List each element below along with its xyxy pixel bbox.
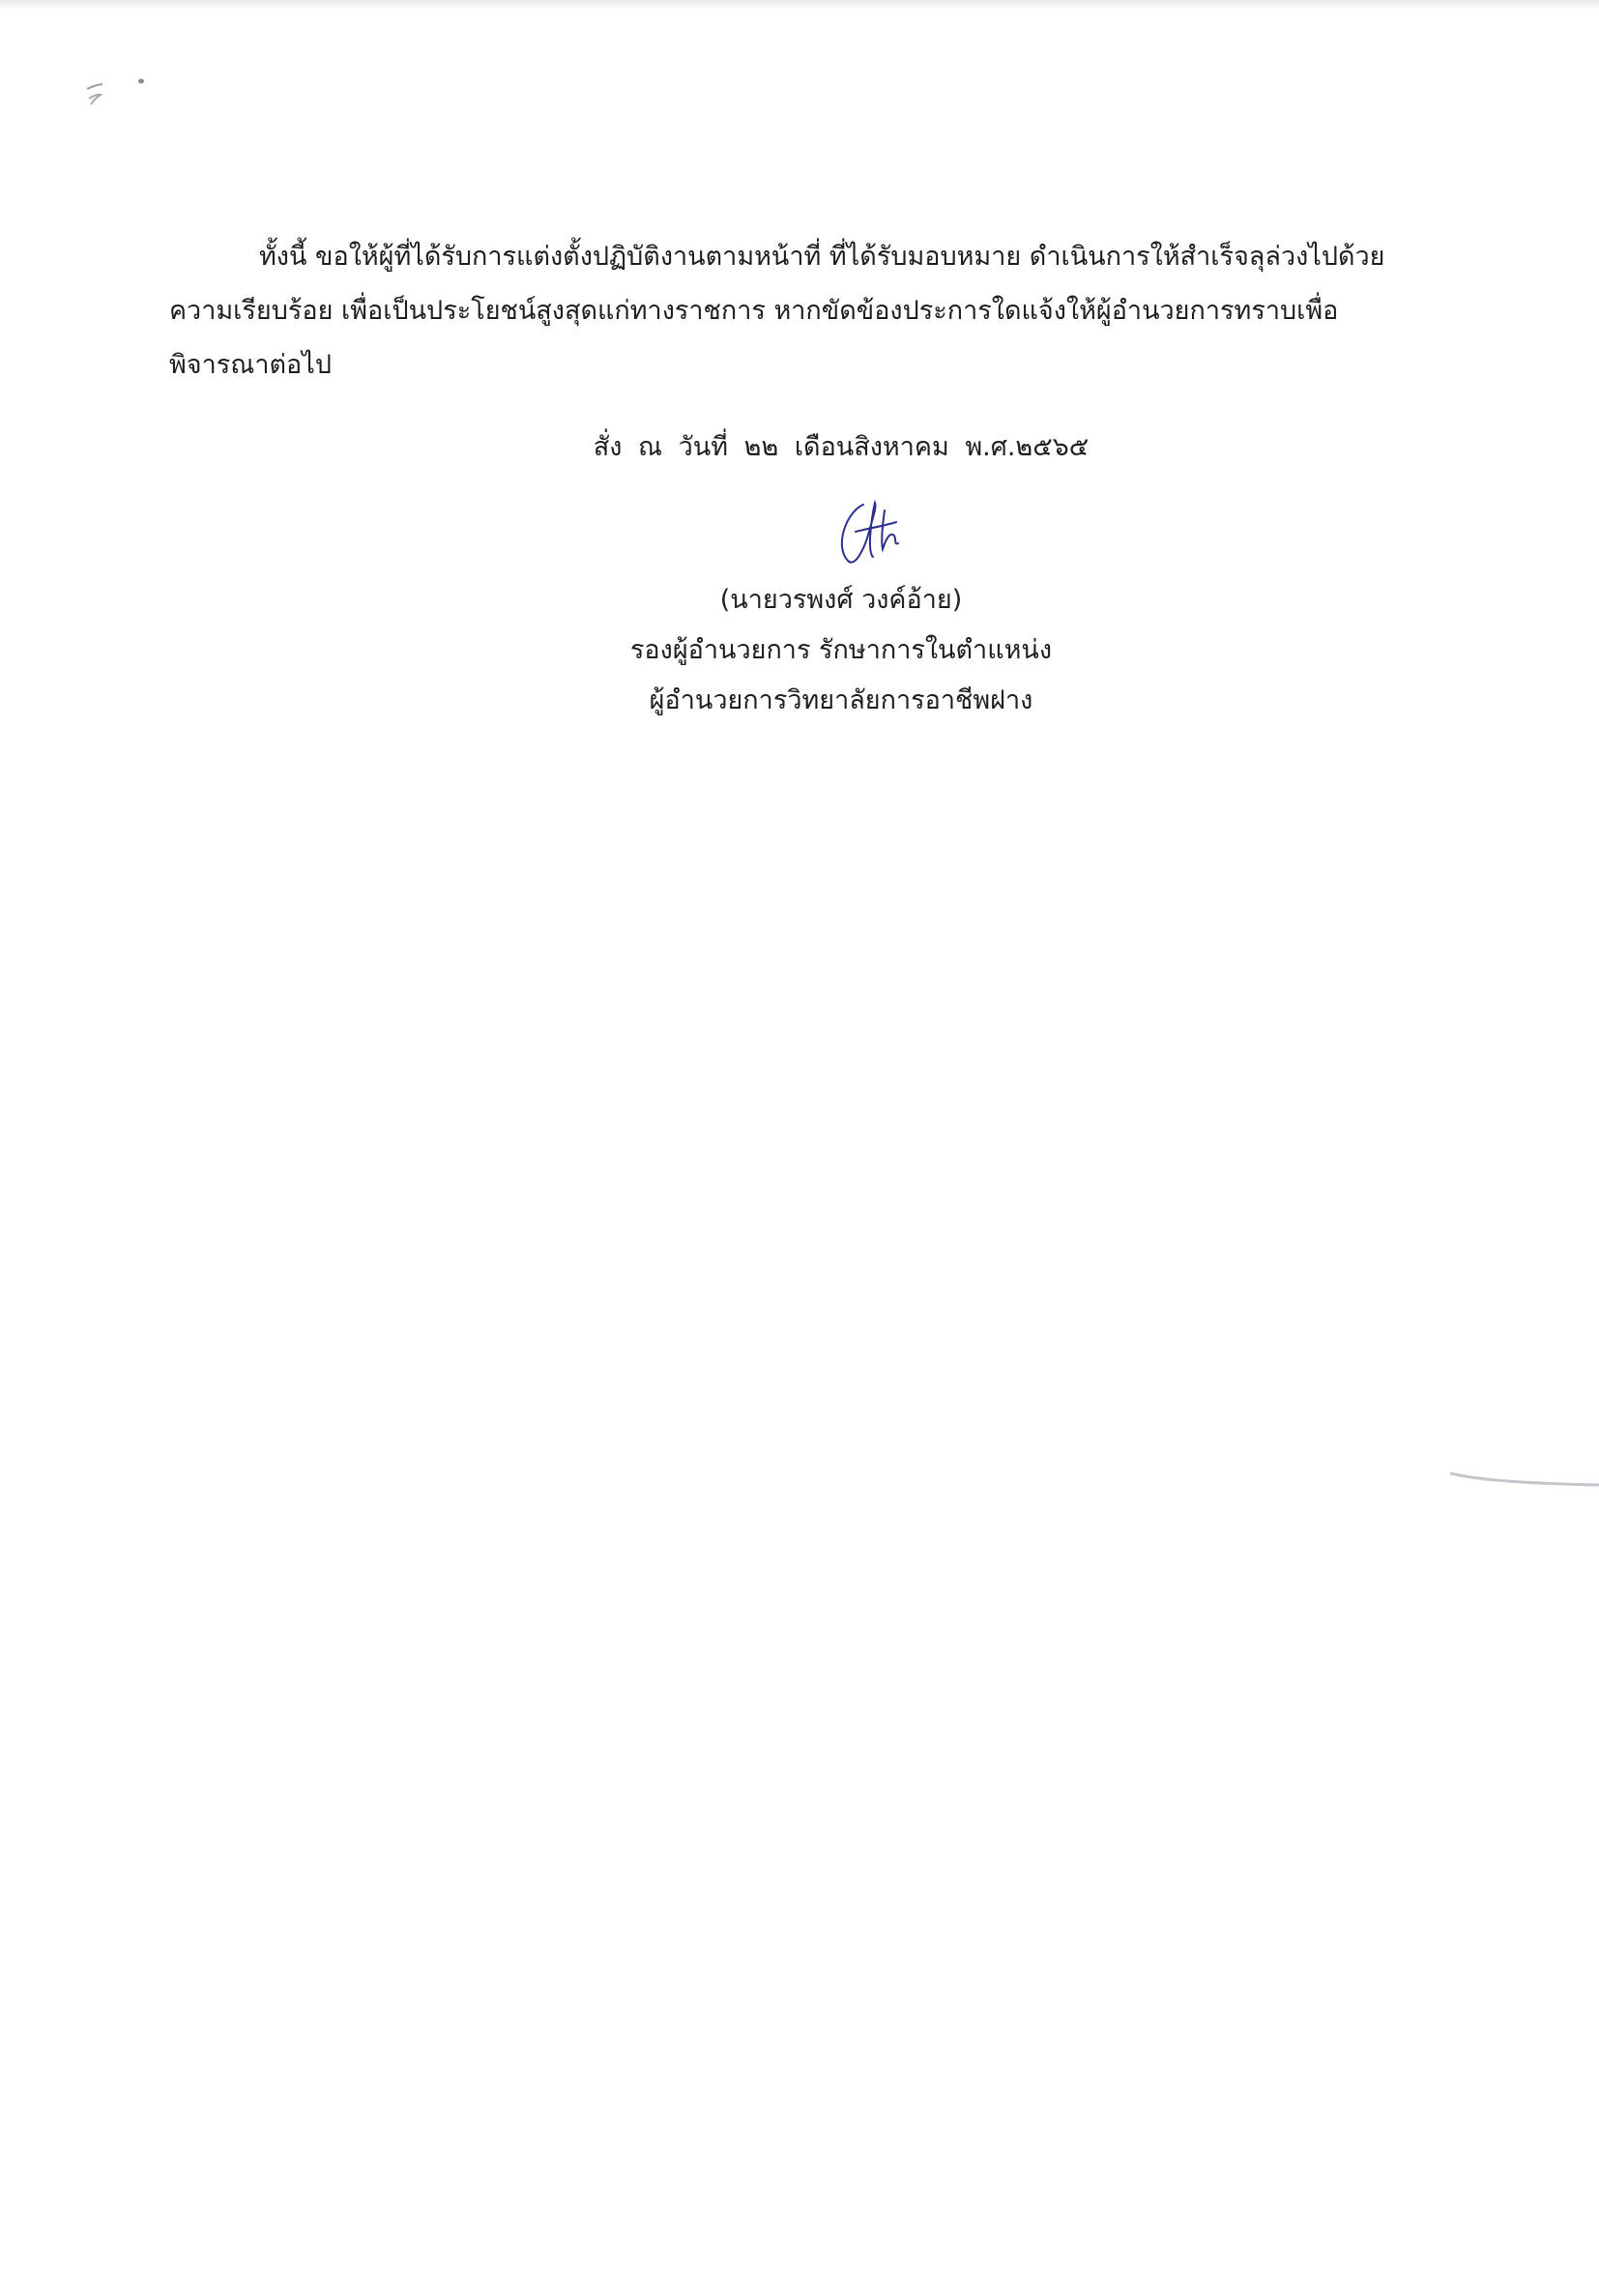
paragraph-line-3: พิจารณาต่อไป <box>169 350 332 380</box>
scan-artifact-icon <box>85 75 153 114</box>
document-page: ทั้งนี้ ขอให้ผู้ที่ได้รับการแต่งตั้งปฏิบ… <box>0 0 1599 2296</box>
scan-shading <box>0 0 1599 10</box>
page-edge-artifact <box>1450 1469 1599 1489</box>
signer-name: (นายวรพงศ์ วงค์อ้าย) <box>619 575 1063 625</box>
signer-block: (นายวรพงศ์ วงค์อ้าย) รองผู้อำนวยการ รักษ… <box>619 575 1063 726</box>
paragraph-line-2: ความเรียบร้อย เพื่อเป็นประโยชน์สูงสุดแก่… <box>169 296 1338 326</box>
order-paragraph: ทั้งนี้ ขอให้ผู้ที่ได้รับการแต่งตั้งปฏิบ… <box>169 230 1416 392</box>
signer-position-1: รองผู้อำนวยการ รักษาการในตำแหน่ง <box>619 625 1063 676</box>
signature-icon <box>827 493 962 570</box>
signer-position-2: ผู้อำนวยการวิทยาลัยการอาชีพฝาง <box>619 676 1063 726</box>
order-date: สั่ง ณ วันที่ ๒๒ เดือนสิงหาคม พ.ศ.๒๕๖๕ <box>541 423 1141 472</box>
paragraph-line-1: ทั้งนี้ ขอให้ผู้ที่ได้รับการแต่งตั้งปฏิบ… <box>259 242 1384 272</box>
